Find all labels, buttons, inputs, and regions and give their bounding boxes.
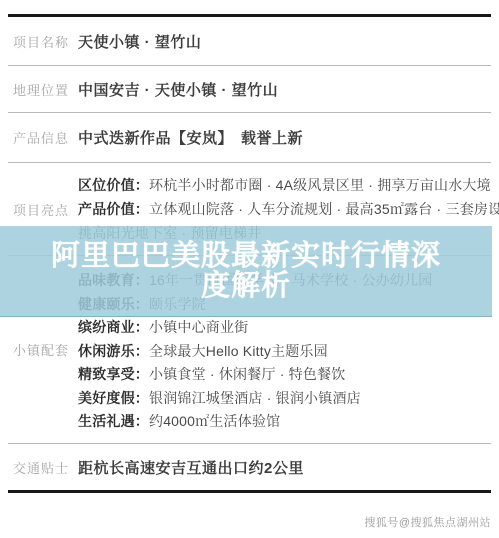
detail-prefix: 缤纷商业：: [78, 319, 149, 335]
page: 项目名称 天使小镇 · 望竹山 地理位置 中国安吉 · 天使小镇 · 望竹山 产…: [0, 0, 499, 538]
banner-title-line2: 度解析: [201, 271, 291, 301]
detail-prefix: 美好度假：: [78, 390, 149, 406]
detail-text: 环杭半小时都市圈 · 4A级风景区里 · 拥享万亩山水大境: [149, 177, 491, 193]
detail-line: 精致享受：小镇食堂 · 休闲餐厅 · 特色餐饮: [78, 363, 495, 387]
promo-banner-overlay: 阿里巴巴美股最新实时行情深 度解析: [0, 226, 492, 317]
detail-text: 全球最大Hello Kitty主题乐园: [149, 343, 328, 359]
detail-line: 产品价值：立体观山院落 · 人车分流规划 · 最高35㎡露台 · 三套房设计: [78, 197, 499, 221]
detail-text: 立体观山院落 · 人车分流规划 · 最高35㎡露台 · 三套房设计: [149, 201, 499, 217]
bottom-rule: [8, 490, 491, 493]
banner-title-line1: 阿里巴巴美股最新实时行情深: [51, 241, 441, 271]
row-value: 中式迭新作品【安岚】 载誉上新: [78, 127, 499, 148]
detail-line: 生活礼遇：约4000㎡生活体验馆: [78, 410, 495, 434]
detail-prefix: 精致享受：: [78, 366, 149, 382]
detail-prefix: 生活礼遇：: [78, 413, 149, 429]
detail-text: 约4000㎡生活体验馆: [149, 413, 280, 429]
row-label: 产品信息: [0, 128, 78, 147]
detail-prefix: 区位价值：: [78, 177, 149, 193]
table-row-product-info: 产品信息 中式迭新作品【安岚】 载誉上新: [0, 113, 499, 162]
row-label: 地理位置: [0, 80, 78, 99]
table-row-location: 地理位置 中国安吉 · 天使小镇 · 望竹山: [0, 66, 499, 112]
row-value: 天使小镇 · 望竹山: [78, 31, 499, 52]
detail-line: 美好度假：银润锦江城堡酒店 · 银润小镇酒店: [78, 387, 495, 411]
watermark-text: 搜狐号@搜狐焦点湖州站: [364, 514, 491, 530]
row-value: 距杭长高速安吉互通出口约2公里: [78, 457, 499, 478]
row-value: 中国安吉 · 天使小镇 · 望竹山: [78, 79, 499, 100]
row-label: 项目名称: [0, 32, 78, 51]
detail-line: 缤纷商业：小镇中心商业街: [78, 316, 495, 340]
detail-text: 银润锦江城堡酒店 · 银润小镇酒店: [149, 390, 361, 406]
detail-text: 小镇中心商业街: [149, 319, 248, 335]
detail-text: 小镇食堂 · 休闲餐厅 · 特色餐饮: [149, 366, 345, 382]
detail-prefix: 产品价值：: [78, 201, 149, 217]
table-row-project-name: 项目名称 天使小镇 · 望竹山: [0, 17, 499, 65]
detail-prefix: 休闲游乐：: [78, 343, 149, 359]
detail-line: 区位价值：环杭半小时都市圈 · 4A级风景区里 · 拥享万亩山水大境: [78, 173, 499, 197]
detail-line: 休闲游乐：全球最大Hello Kitty主题乐园: [78, 340, 495, 364]
row-label: 交通贴士: [0, 458, 78, 477]
table-row-traffic-tips: 交通贴士 距杭长高速安吉互通出口约2公里: [0, 444, 499, 490]
